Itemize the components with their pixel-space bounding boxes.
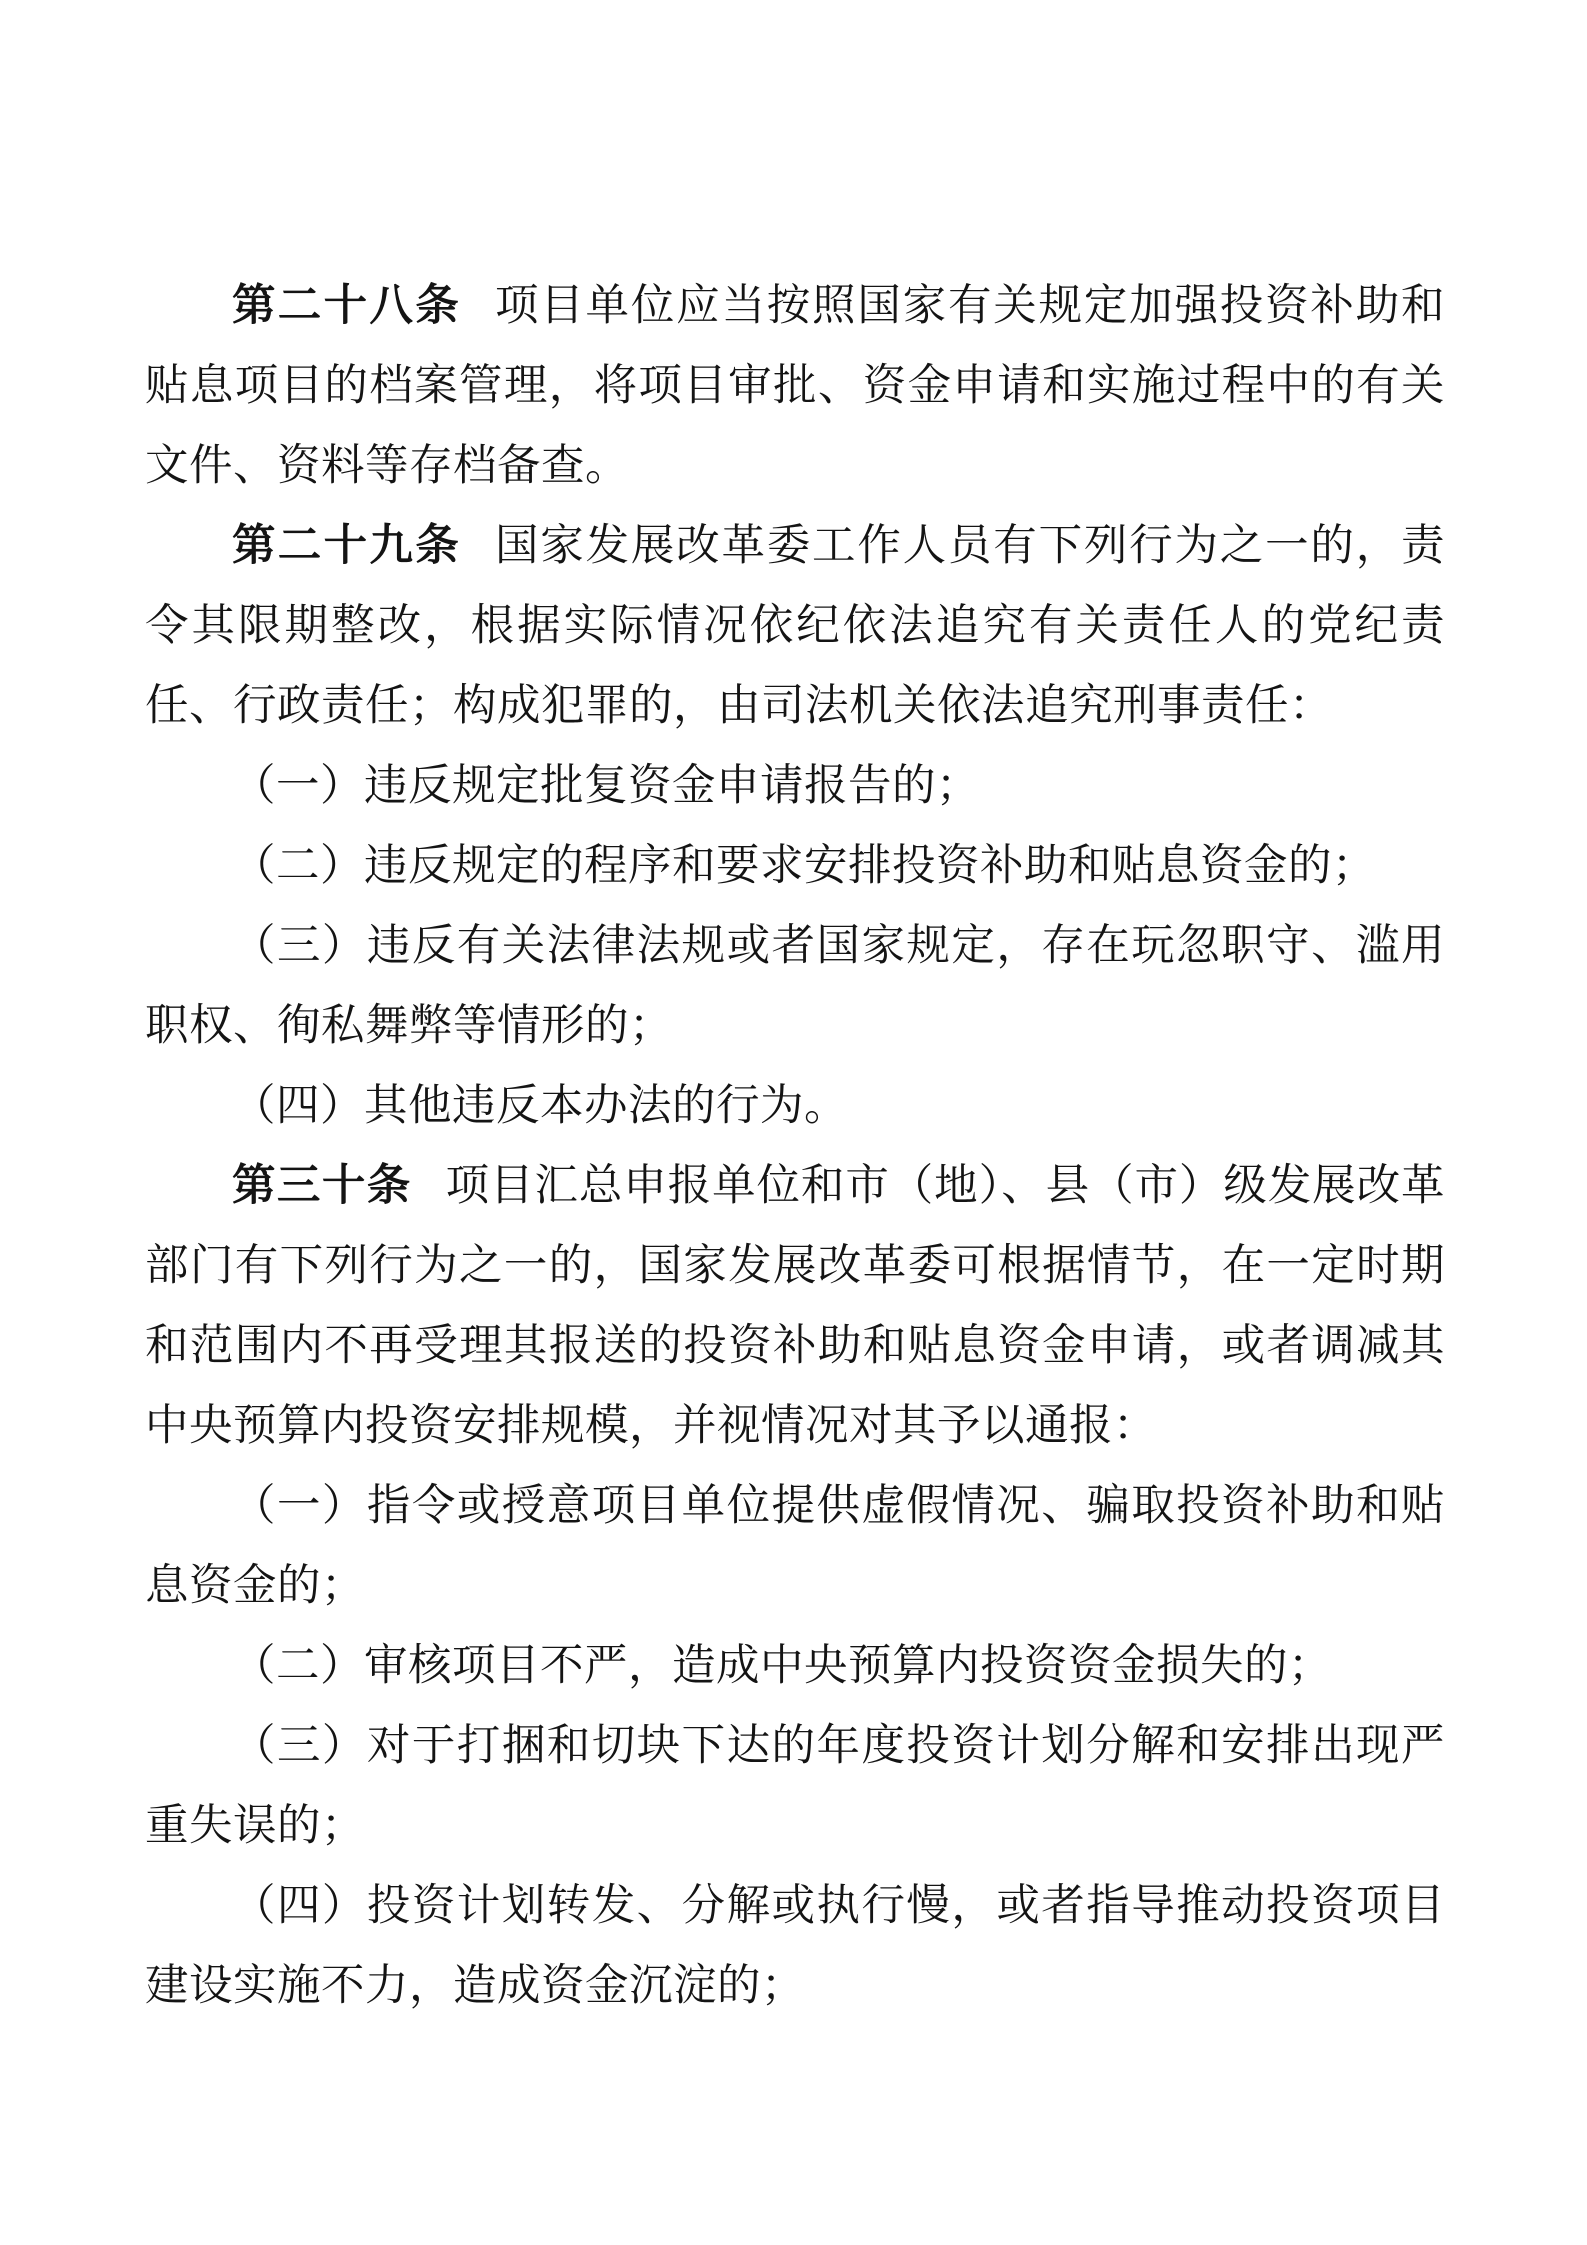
article-number: 第二十八条	[232, 282, 461, 330]
paragraph-item-1: （一）违反规定批复资金申请报告的；	[145, 746, 1445, 826]
paragraph-article-30: 第三十条项目汇总申报单位和市（地）、县（市）级发展改革部门有下列行为之一的，国家…	[145, 1146, 1445, 1466]
paragraph-item-3b: （三）对于打捆和切块下达的年度投资计划分解和安排出现严重失误的；	[145, 1706, 1445, 1866]
paragraph-article-29: 第二十九条国家发展改革委工作人员有下列行为之一的，责令其限期整改，根据实际情况依…	[145, 506, 1445, 746]
paragraph-item-2: （二）违反规定的程序和要求安排投资补助和贴息资金的；	[145, 826, 1445, 906]
paragraph-text: （二）违反规定的程序和要求安排投资补助和贴息资金的；	[232, 842, 1376, 890]
document-page: 第二十八条项目单位应当按照国家有关规定加强投资补助和贴息项目的档案管理，将项目审…	[0, 0, 1587, 2245]
paragraph-item-4: （四）其他违反本办法的行为。	[145, 1066, 1445, 1146]
paragraph-text: （四）其他违反本办法的行为。	[232, 1082, 848, 1130]
article-number: 第三十条	[232, 1162, 412, 1210]
paragraph-item-3: （三）违反有关法律法规或者国家规定，存在玩忽职守、滥用职权、徇私舞弊等情形的；	[145, 906, 1445, 1066]
article-number: 第二十九条	[232, 522, 461, 570]
paragraph-text: （四）投资计划转发、分解或执行慢，或者指导推动投资项目建设实施不力，造成资金沉淀…	[145, 1882, 1445, 2010]
paragraph-text: （二）审核项目不严，造成中央预算内投资资金损失的；	[232, 1642, 1332, 1690]
paragraph-item-1b: （一）指令或授意项目单位提供虚假情况、骗取投资补助和贴息资金的；	[145, 1466, 1445, 1626]
paragraph-text: （一）违反规定批复资金申请报告的；	[232, 762, 980, 810]
paragraph-item-4b: （四）投资计划转发、分解或执行慢，或者指导推动投资项目建设实施不力，造成资金沉淀…	[145, 1866, 1445, 2026]
paragraph-text: （一）指令或授意项目单位提供虚假情况、骗取投资补助和贴息资金的；	[145, 1482, 1445, 1610]
paragraph-article-28: 第二十八条项目单位应当按照国家有关规定加强投资补助和贴息项目的档案管理，将项目审…	[145, 266, 1445, 506]
paragraph-text: （三）违反有关法律法规或者国家规定，存在玩忽职守、滥用职权、徇私舞弊等情形的；	[145, 922, 1445, 1050]
paragraph-text: （三）对于打捆和切块下达的年度投资计划分解和安排出现严重失误的；	[145, 1722, 1445, 1850]
paragraph-item-2b: （二）审核项目不严，造成中央预算内投资资金损失的；	[145, 1626, 1445, 1706]
